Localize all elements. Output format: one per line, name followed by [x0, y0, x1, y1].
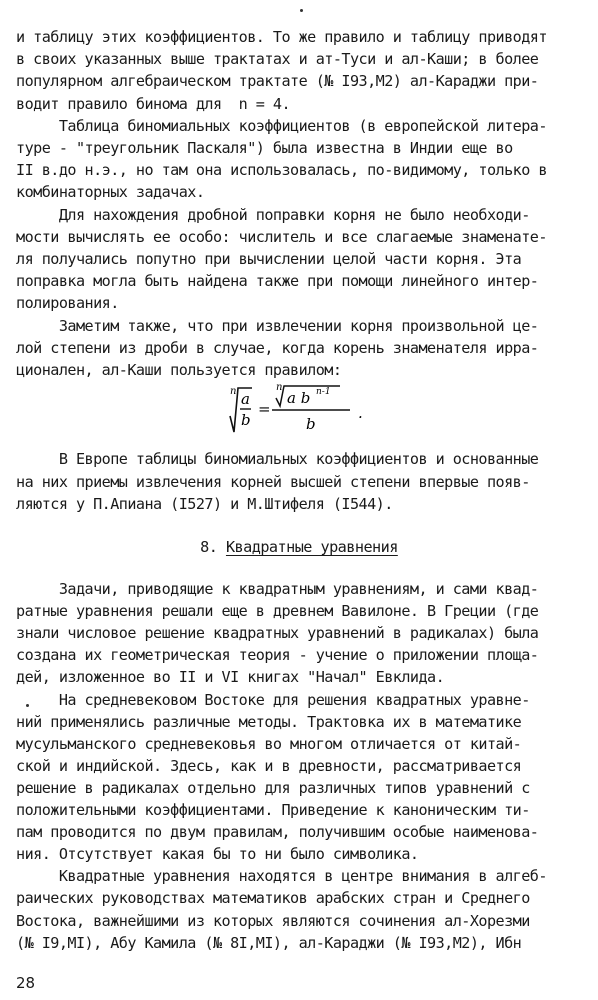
lhs-denominator: b	[241, 411, 251, 429]
text-line: Таблица биномиальных коэффициентов (в ев…	[16, 116, 584, 136]
text-line: ской и индийской. Здесь, как и в древнос…	[16, 756, 584, 776]
text-line: Заметим также, что при извлечении корня …	[16, 316, 584, 336]
text-line: ратные уравнения решали еще в древнем Ва…	[16, 601, 584, 621]
text-line: ний применялись различные методы. Тракто…	[16, 712, 584, 732]
root-index: n	[276, 382, 282, 393]
text-line: II в.до н.э., но там она использовалась,…	[16, 160, 584, 180]
text-line: Для нахождения дробной поправки корня не…	[16, 205, 584, 225]
rhs-exponent: n-1	[316, 387, 331, 397]
text-line: На средневековом Востоке для решения ква…	[16, 690, 584, 710]
section-heading: 8. Квадратные уравнения	[0, 537, 598, 557]
section-title: Квадратные уравнения	[226, 538, 398, 556]
rhs-radicand: a b	[287, 389, 310, 407]
text-line: популярном алгебраическом трактате (№ I9…	[16, 71, 584, 91]
text-line: раических руководствах математиков арабс…	[16, 888, 584, 908]
text-line: ляются у П.Апиана (I527) и М.Штифеля (I5…	[16, 494, 584, 514]
text-line: (№ I9,MI), Абу Камила (№ 8I,MI), ал-Кара…	[16, 933, 584, 953]
text-line: решение в радикалах отдельно для различн…	[16, 778, 584, 798]
text-line: пам проводится по двум правилам, получив…	[16, 822, 584, 842]
text-line: дей, изложенное во II и VI книгах "Начал…	[16, 667, 584, 687]
text-line: В Европе таблицы биномиальных коэффициен…	[16, 449, 584, 469]
text-line: поправка могла быть найдена также при по…	[16, 271, 584, 291]
root-index: n	[230, 386, 236, 397]
equals-sign: =	[258, 400, 271, 418]
text-line: ния. Отсутствует какая бы то ни было сим…	[16, 844, 584, 864]
document-page: и таблицу этих коэффициентов. То же прав…	[0, 0, 598, 1000]
text-line: положительными коэффициентами. Приведени…	[16, 800, 584, 820]
text-line: ля получались попутно при вычислении цел…	[16, 249, 584, 269]
text-line: лой степени из дроби в случае, когда кор…	[16, 338, 584, 358]
text-line: создана их геометрическая теория - учени…	[16, 645, 584, 665]
text-line: знали числовое решение квадратных уравне…	[16, 623, 584, 643]
text-line: водит правило бинома для n = 4.	[16, 94, 584, 114]
page-number: 28	[16, 974, 35, 992]
text-line: ционален, ал-Каши пользуется правилом:	[16, 360, 584, 380]
text-line: туре - "треугольник Паскаля") была извес…	[16, 138, 584, 158]
formula-period: .	[358, 404, 363, 422]
text-line: Квадратные уравнения находятся в центре …	[16, 866, 584, 886]
text-line: мусульманского средневековья во многом о…	[16, 734, 584, 754]
text-line: комбинаторных задачах.	[16, 182, 584, 202]
rhs-denominator: b	[306, 415, 316, 433]
text-line: Задачи, приводящие к квадратным уравнени…	[16, 579, 584, 599]
text-line: мости вычислять ее особо: числитель и вс…	[16, 227, 584, 247]
section-number: 8.	[200, 538, 217, 556]
lhs-numerator: a	[241, 390, 250, 408]
root-formula: n a b = n a b n-1 b .	[228, 382, 388, 438]
text-line: в своих указанных выше трактатах и ат-Ту…	[16, 49, 584, 69]
text-line: на них приемы извлечения корней высшей с…	[16, 472, 584, 492]
text-line: полирования.	[16, 293, 584, 313]
text-line: и таблицу этих коэффициентов. То же прав…	[16, 27, 584, 47]
scan-speck	[300, 9, 303, 12]
text-line: Востока, важнейшими из которых являются …	[16, 911, 584, 931]
